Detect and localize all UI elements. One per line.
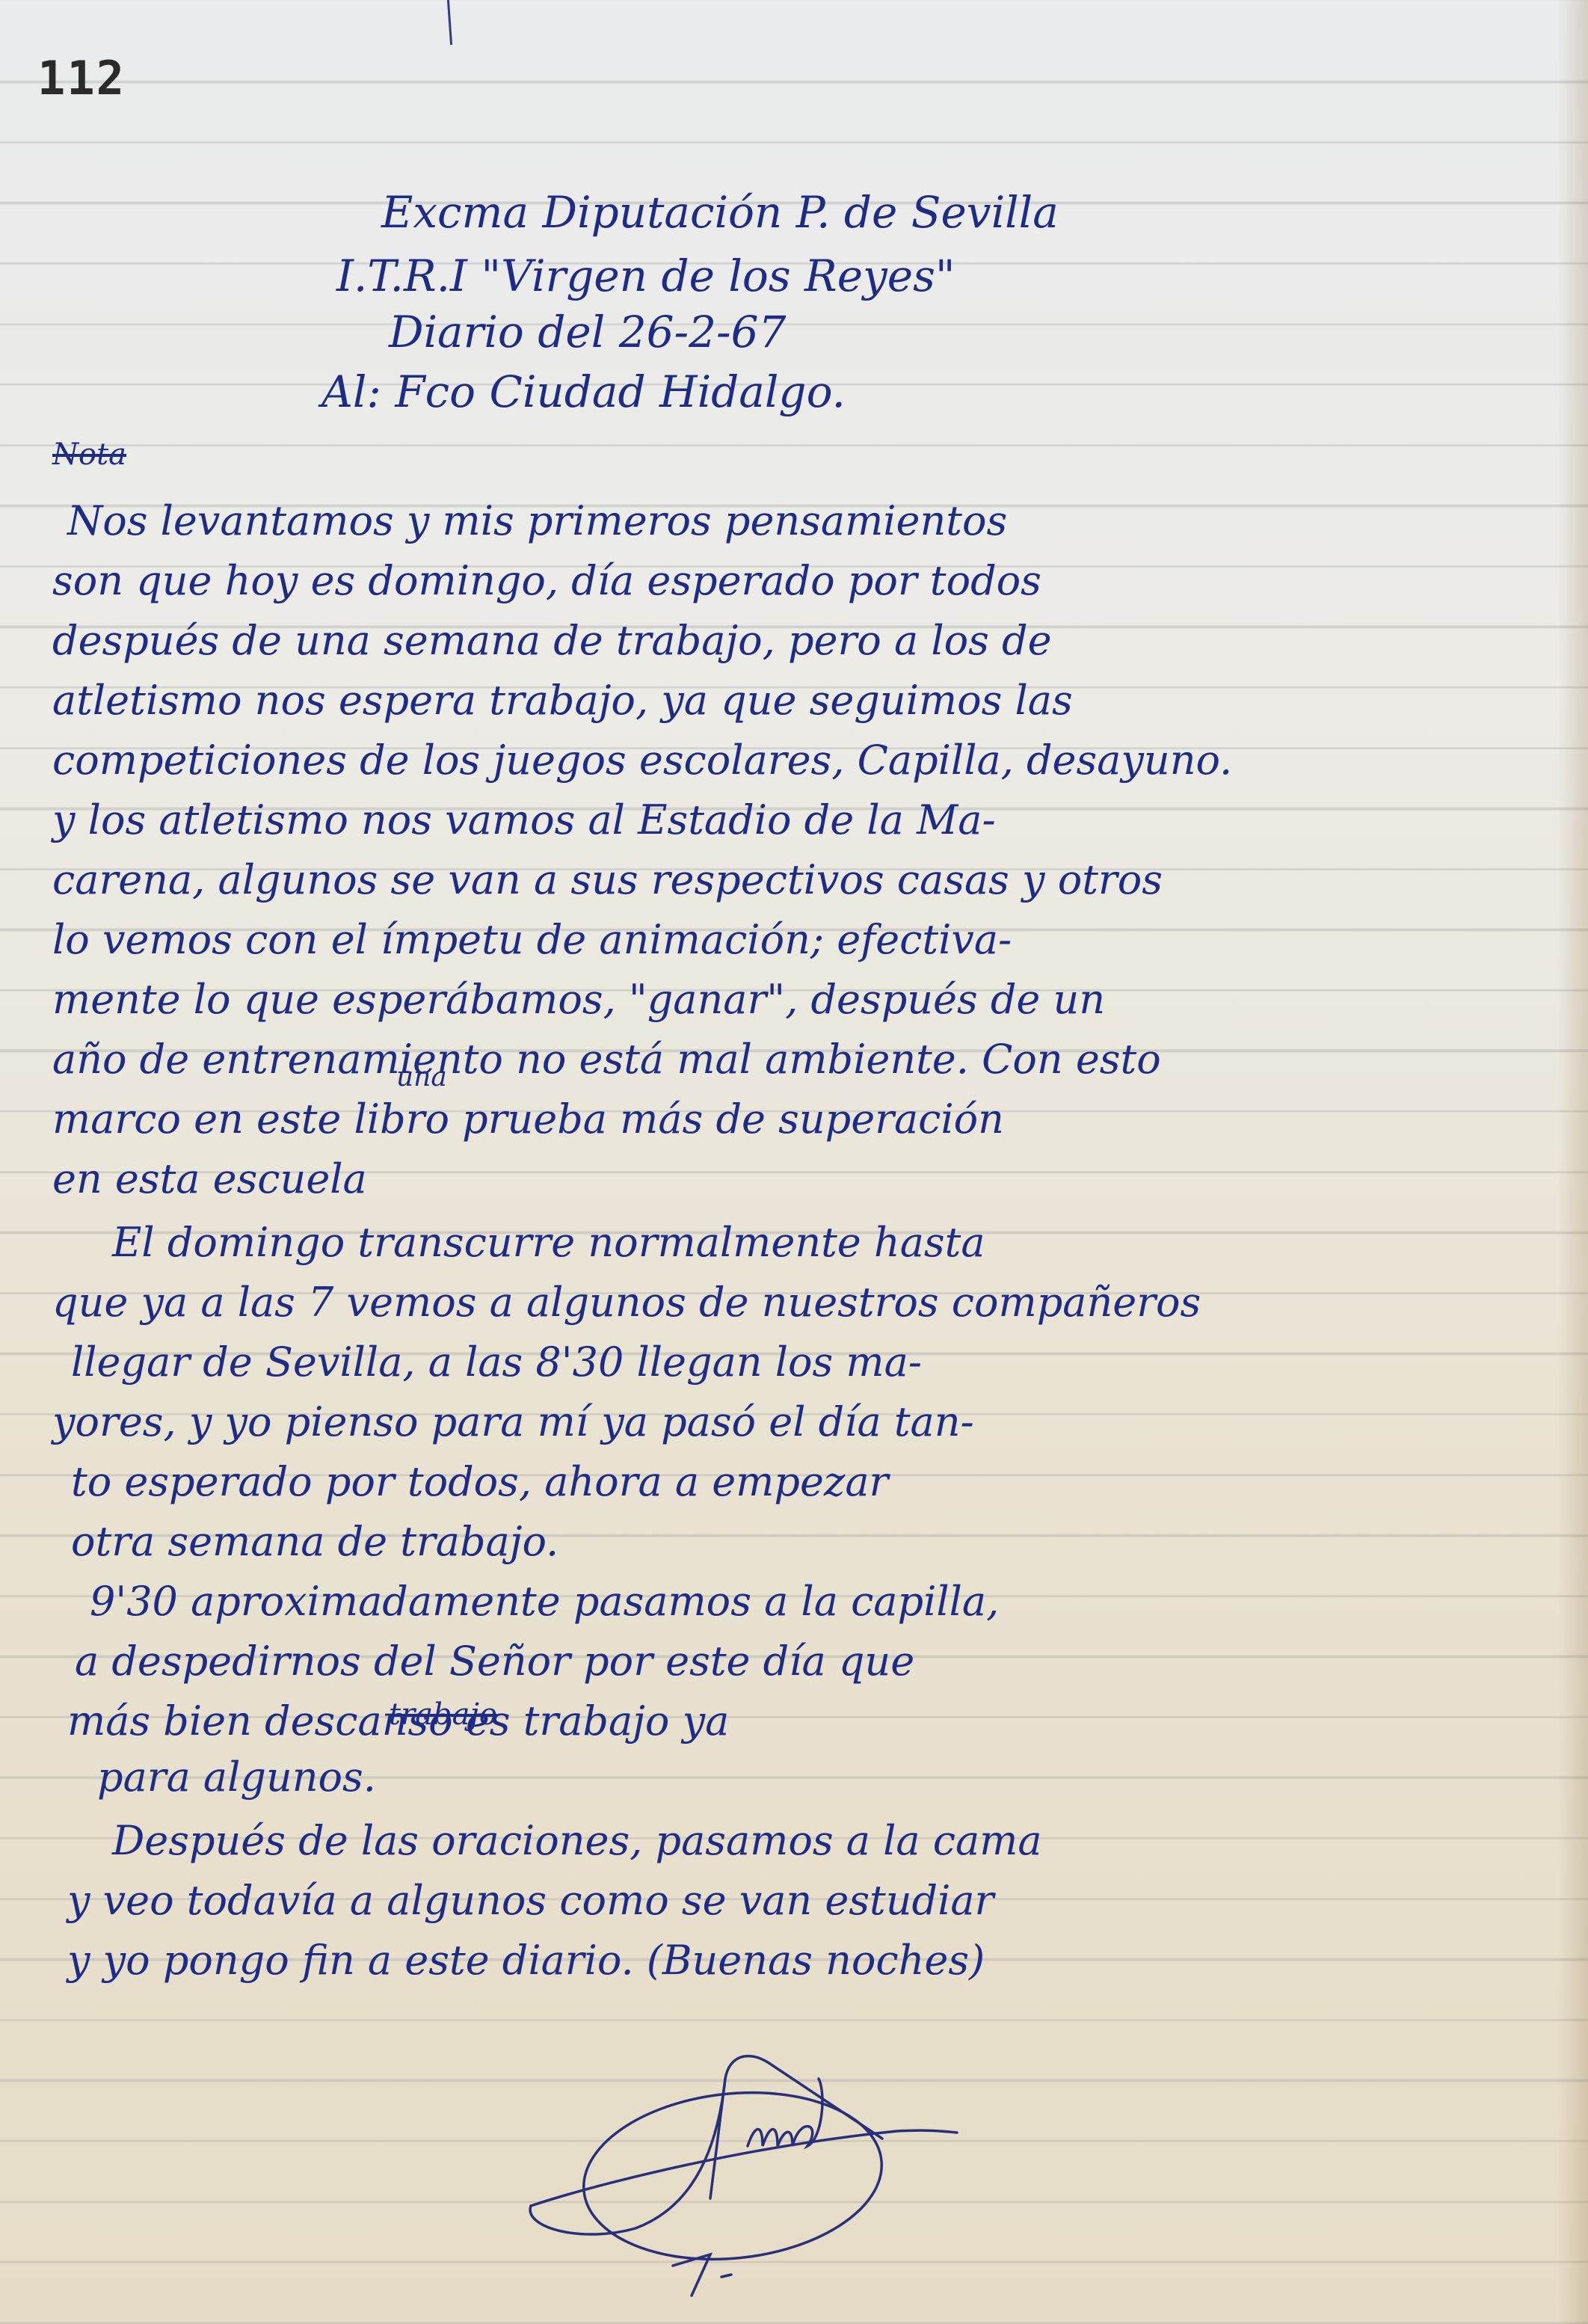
body-line: Nos levantamos y mis primeros pensamient…: [67, 497, 1007, 544]
body-line: en esta escuela: [52, 1155, 367, 1202]
header-date: Diario del 26-2-67: [389, 307, 786, 357]
struck-heading: Nota: [52, 437, 126, 472]
body-line: son que hoy es domingo, día esperado por…: [52, 557, 1041, 604]
body-line: año de entrenamiento no está mal ambient…: [52, 1036, 1161, 1083]
notebook-page: 112 Excma Diputación P. de Sevilla I.T.R…: [0, 0, 1588, 2324]
body-line: marco en este libro prueba más de supera…: [52, 1095, 1004, 1143]
body-line: to esperado por todos, ahora a empezar: [71, 1458, 888, 1505]
body-line: y los atletismo nos vamos al Estadio de …: [52, 796, 996, 843]
header-institution: Excma Diputación P. de Sevilla: [381, 187, 1059, 238]
struck-word: trabajo: [389, 1697, 497, 1732]
inserted-word: una: [396, 1062, 447, 1092]
body-line: a despedirnos del Señor por este día que: [75, 1638, 914, 1685]
body-line: que ya a las 7 vemos a algunos de nuestr…: [52, 1279, 1201, 1326]
body-line: lo vemos con el ímpetu de animación; efe…: [52, 916, 1012, 963]
body-line: competiciones de los juegos escolares, C…: [52, 737, 1232, 784]
page-edge-shadow: [1558, 0, 1588, 2324]
body-line: 9'30 aproximadamente pasamos a la capill…: [90, 1578, 999, 1625]
body-line: y yo pongo fin a este diario. (Buenas no…: [67, 1937, 985, 1984]
body-line: El domingo transcurre normalmente hasta: [112, 1219, 985, 1266]
body-line: mente lo que esperábamos, "ganar", despu…: [52, 976, 1105, 1023]
header-student: Al: Fco Ciudad Hidalgo.: [321, 366, 846, 417]
body-line: atletismo nos espera trabajo, ya que seg…: [52, 677, 1073, 724]
body-line: yores, y yo pienso para mí ya pasó el dí…: [52, 1398, 974, 1445]
page-number: 112: [37, 51, 126, 105]
body-line: carena, algunos se van a sus respectivos…: [52, 856, 1163, 903]
signature-flourish-icon: [523, 2034, 1062, 2303]
signature: [523, 2034, 1062, 2303]
body-line: llegar de Sevilla, a las 8'30 llegan los…: [71, 1338, 922, 1386]
body-line: después de una semana de trabajo, pero a…: [52, 617, 1052, 664]
body-line: para algunos.: [97, 1753, 376, 1801]
body-line: y veo todavía a algunos como se van estu…: [67, 1877, 994, 1924]
body-line: Después de las oraciones, pasamos a la c…: [112, 1817, 1042, 1864]
body-line: otra semana de trabajo.: [71, 1518, 558, 1565]
header-school: I.T.R.I "Virgen de los Reyes": [336, 250, 955, 301]
ink-stroke-mark: [447, 0, 452, 45]
